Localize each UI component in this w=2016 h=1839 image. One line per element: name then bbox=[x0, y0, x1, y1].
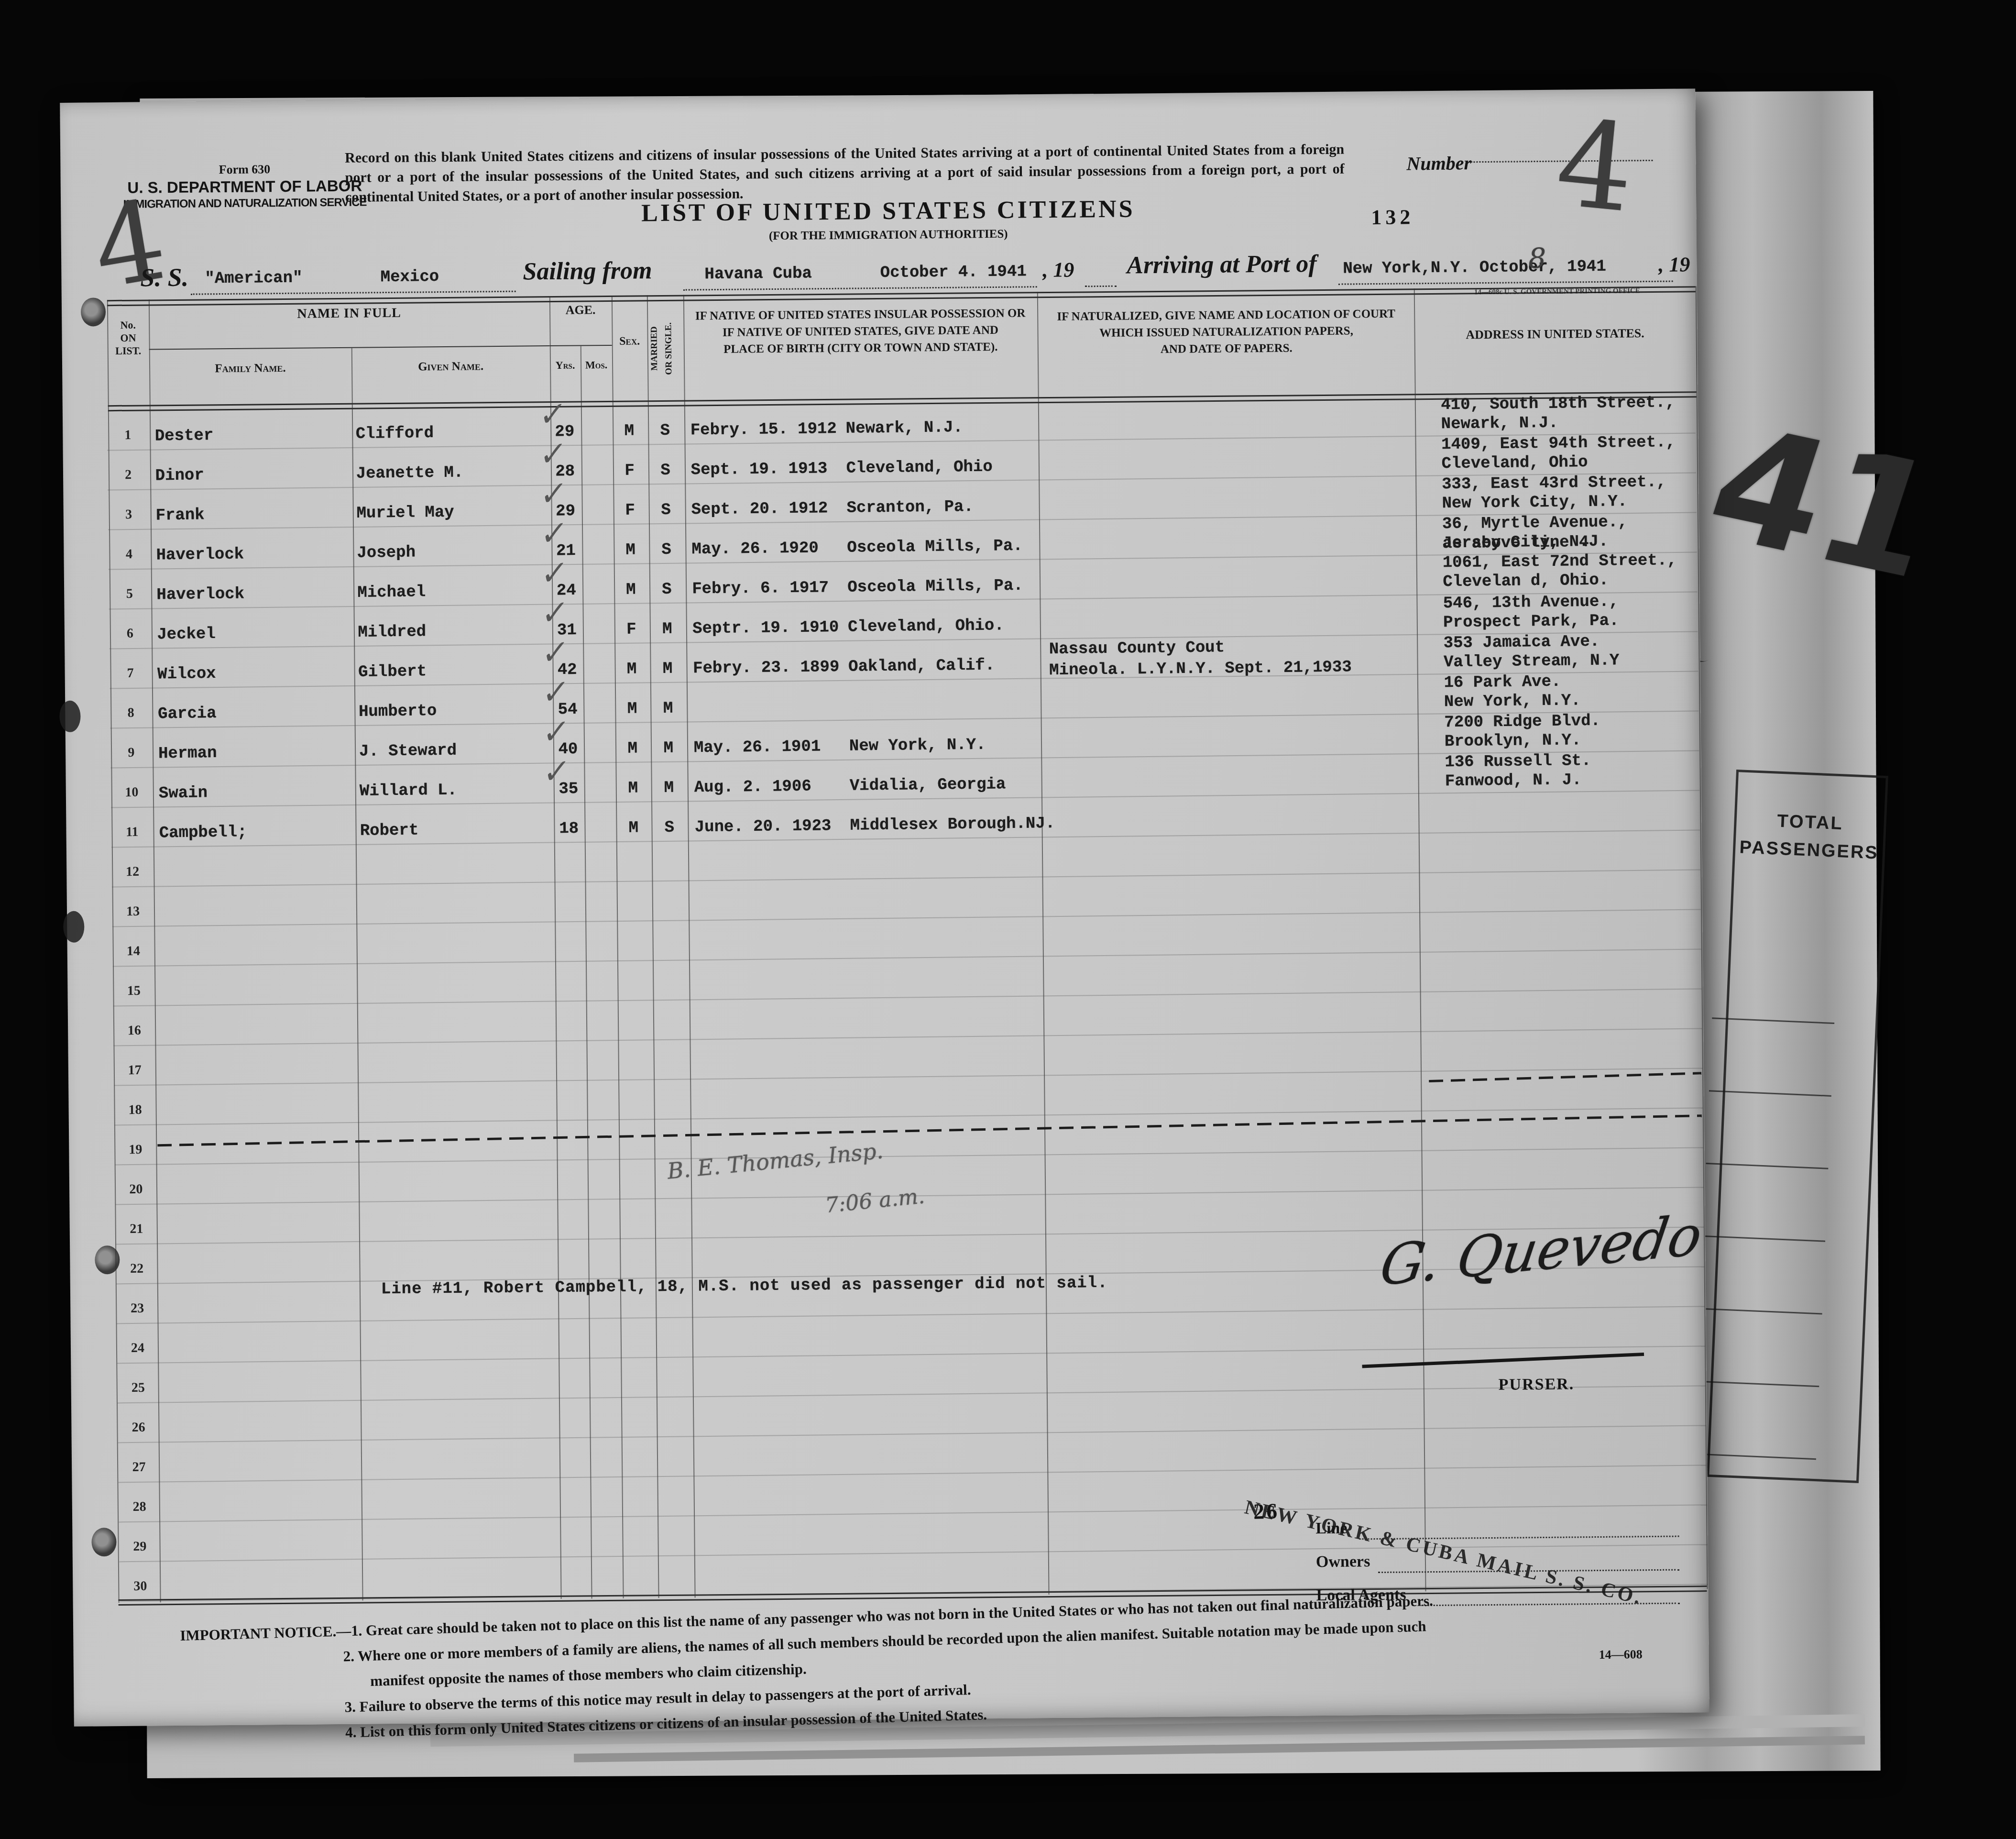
row-number: 17 bbox=[114, 1063, 155, 1079]
family-name-value: Swain bbox=[159, 784, 208, 803]
slip-line bbox=[1694, 1454, 1816, 1460]
given-name-value: Michael bbox=[357, 583, 426, 602]
row-number: 16 bbox=[113, 1023, 155, 1039]
address-value: 1409, East 94th Street., Cleveland, Ohio bbox=[1422, 432, 1717, 474]
pencil-checkmark: ✓ bbox=[542, 751, 571, 792]
ship-name-rule bbox=[191, 289, 516, 295]
family-name-value: Wilcox bbox=[157, 665, 216, 683]
purser-label: PURSER. bbox=[1499, 1375, 1575, 1394]
year-rule bbox=[1085, 284, 1117, 287]
col-header-naturalized: IF NATURALIZED, GIVE NAME AND LOCATION O… bbox=[1043, 305, 1410, 359]
row-number: 7 bbox=[110, 666, 151, 682]
pencil-checkmark: ✓ bbox=[539, 553, 569, 594]
sex-value: F bbox=[612, 462, 647, 480]
col-header-no: No. ON LIST. bbox=[107, 318, 149, 357]
sex-value: F bbox=[614, 620, 649, 639]
col-header-sex: Sex. bbox=[612, 335, 647, 348]
col-header-married-or-single: MARRIED OR SINGLE. bbox=[647, 298, 684, 399]
birth-date-value: Febry. 6. 1917 bbox=[692, 579, 829, 598]
sex-value: M bbox=[612, 422, 647, 440]
row-number: 4 bbox=[108, 547, 150, 562]
family-name-value: Dinor bbox=[155, 466, 204, 485]
row-number: 8 bbox=[110, 705, 152, 721]
row-number: 11 bbox=[111, 825, 153, 840]
address-value: 136 Russell St. Fanwood, N. J. bbox=[1425, 750, 1720, 792]
address-value: as above line 4 1061, East 72nd Street.,… bbox=[1423, 531, 1718, 592]
row-number: 9 bbox=[110, 745, 152, 761]
pencil-checkmark: ✓ bbox=[541, 672, 570, 713]
birth-date-value: Sept. 20. 1912 bbox=[691, 499, 828, 519]
slip-line bbox=[1700, 1308, 1822, 1315]
address-value: 546, 13th Avenue., Prospect Park, Pa. bbox=[1424, 591, 1719, 633]
birth-date-value: Septr. 19. 1910 bbox=[692, 618, 839, 638]
marital-status-value: S bbox=[651, 818, 688, 837]
row-number: 3 bbox=[108, 507, 149, 523]
margin-pencil-number: 4 bbox=[85, 176, 175, 313]
given-name-value: Jeanette M. bbox=[356, 463, 464, 483]
row-number: 21 bbox=[116, 1222, 157, 1237]
owners-label: Owners bbox=[1316, 1553, 1370, 1571]
family-name-value: Frank bbox=[155, 506, 204, 525]
print-code: 14—608 bbox=[1599, 1647, 1643, 1662]
birth-place-value: Cleveland, Ohio bbox=[846, 458, 992, 478]
birth-place-value: Vidalia, Georgia bbox=[850, 775, 1006, 795]
row-number: 28 bbox=[119, 1499, 160, 1515]
given-name-value: Humberto bbox=[359, 702, 437, 721]
birth-place-value: Middlesex Borough.NJ. bbox=[850, 815, 1055, 835]
manifest-page: Form 630 U. S. DEPARTMENT OF LABOR IMMIG… bbox=[60, 88, 1709, 1727]
slip-line bbox=[1709, 1090, 1831, 1097]
col-header-given-name: Given Name. bbox=[351, 359, 550, 374]
birth-date-value: May. 26. 1901 bbox=[694, 738, 821, 757]
page-title: LIST OF UNITED STATES CITIZENS bbox=[620, 195, 1156, 228]
birth-date-value: Febry. 15. 1912 bbox=[690, 420, 837, 440]
row-number: 29 bbox=[119, 1539, 161, 1554]
birth-place-value: Osceola Mills, Pa. bbox=[847, 577, 1023, 597]
row-number: 23 bbox=[116, 1300, 158, 1316]
sex-value: M bbox=[613, 541, 648, 560]
manifest-number-handwritten: 4 bbox=[1551, 93, 1640, 239]
given-name-value: J. Steward bbox=[359, 742, 457, 761]
marital-status-value: M bbox=[649, 620, 685, 639]
address-value: 353 Jamaica Ave. Valley Stream, N.Y bbox=[1424, 631, 1719, 672]
row-number: 24 bbox=[117, 1340, 158, 1356]
record-instructions: Record on this blank United States citiz… bbox=[345, 140, 1345, 207]
given-name-value: Clifford bbox=[356, 424, 434, 443]
family-name-value: Haverlock bbox=[156, 585, 244, 604]
marital-status-value: S bbox=[648, 580, 685, 599]
row-number: 26 bbox=[118, 1420, 159, 1435]
birth-place-value: New York, N.Y. bbox=[849, 736, 986, 756]
sex-value: M bbox=[613, 581, 648, 599]
sailing-rule bbox=[683, 285, 1037, 290]
arrival-port-value: New York,N.Y. October bbox=[1343, 258, 1548, 278]
birth-place-value: Scranton, Pa. bbox=[846, 498, 974, 518]
slip-line bbox=[1697, 1381, 1819, 1388]
family-name-value: Jeckel bbox=[157, 625, 216, 644]
marital-status-value: M bbox=[650, 699, 686, 718]
page-stamp: 132 bbox=[1371, 205, 1414, 230]
family-name-value: Dester bbox=[155, 427, 214, 445]
row-number: 5 bbox=[109, 586, 150, 602]
family-name-value: Campbell; bbox=[159, 823, 247, 842]
row-number: 27 bbox=[118, 1459, 160, 1475]
marital-status-value: M bbox=[649, 660, 686, 678]
service-name: IMMIGRATION AND NATURALIZATION SERVICE bbox=[123, 196, 367, 211]
row-number: 19 bbox=[115, 1142, 156, 1158]
col-header-name-in-full: NAME IN FULL bbox=[149, 304, 549, 323]
birth-place-value: Newark, N.J. bbox=[846, 418, 963, 438]
given-name-value: Joseph bbox=[357, 544, 416, 562]
row-number: 10 bbox=[111, 785, 153, 801]
sex-value: M bbox=[614, 700, 650, 718]
row-number: 12 bbox=[112, 864, 153, 880]
birth-place-value: Oakland, Calif. bbox=[848, 656, 995, 676]
age-years-value: 18 bbox=[554, 820, 584, 838]
row-number: 1 bbox=[107, 428, 149, 443]
col-header-mos: Mos. bbox=[581, 359, 612, 372]
pencil-checkmark: ✓ bbox=[539, 474, 569, 514]
marital-status-value: S bbox=[647, 501, 684, 519]
sex-value: M bbox=[614, 660, 649, 679]
pencil-checkmark: ✓ bbox=[540, 593, 570, 633]
col-header-yrs: Yrs. bbox=[550, 359, 581, 372]
total-passengers-slip: TOTAL PASSENGERS bbox=[1707, 770, 1888, 1483]
row-number: 18 bbox=[114, 1102, 156, 1118]
col-header-birth: IF NATIVE OF UNITED STATES INSULAR POSSE… bbox=[688, 305, 1033, 358]
given-name-value: Muriel May bbox=[356, 504, 454, 523]
gpo-print-code: 14—608c U. S. GOVERNMENT PRINTING OFFICE bbox=[1420, 286, 1695, 297]
sex-value: M bbox=[615, 739, 650, 758]
sex-value: F bbox=[612, 501, 647, 520]
row-number: 6 bbox=[109, 626, 151, 642]
row-number: 25 bbox=[117, 1380, 159, 1396]
total-passengers-label: TOTAL PASSENGERS bbox=[1735, 805, 1885, 867]
sailing-from-label: Sailing from bbox=[523, 256, 652, 286]
row-number: 22 bbox=[116, 1261, 158, 1277]
pencil-checkmark: ✓ bbox=[540, 632, 570, 673]
header-subrule bbox=[149, 345, 550, 350]
sex-value: M bbox=[616, 819, 651, 837]
birth-place-value: Osceola Mills, Pa. bbox=[847, 537, 1023, 557]
given-name-value: Gilbert bbox=[358, 662, 427, 682]
arriving-at-port-label: Arriving at Port of bbox=[1127, 250, 1317, 279]
family-name-value: Haverlock bbox=[156, 545, 244, 564]
form-number: Form 630 bbox=[142, 162, 347, 178]
year-19-label-2: , 19 bbox=[1658, 252, 1690, 277]
marital-status-value: S bbox=[647, 461, 683, 480]
arrival-rule bbox=[1338, 279, 1673, 285]
passenger-rows: 1DesterClifford29MSFebry. 15. 1912Newark… bbox=[61, 393, 1709, 1602]
slip-line bbox=[1706, 1163, 1829, 1169]
col-header-age: AGE. bbox=[549, 303, 612, 318]
col-header-family-name: Family Name. bbox=[149, 361, 351, 376]
page-subtitle: (FOR THE IMMIGRATION AUTHORITIES) bbox=[716, 227, 1061, 243]
scanned-manifest-photo: TOTAL PASSENGERS 41 Form 630 U. S. DEPAR… bbox=[0, 0, 2016, 1839]
given-name-value: Robert bbox=[360, 822, 419, 840]
row-number: 14 bbox=[112, 944, 154, 959]
line-label: Line bbox=[1315, 1520, 1347, 1538]
slip-line bbox=[1703, 1235, 1825, 1242]
address-value: 16 Park Ave. New York, N.Y. bbox=[1424, 671, 1719, 712]
birth-date-value: Aug. 2. 1906 bbox=[694, 778, 811, 797]
marital-status-value: S bbox=[647, 422, 683, 440]
birth-date-value: Febry. 23. 1899 bbox=[693, 658, 839, 678]
given-name-value: Willard L. bbox=[360, 782, 457, 801]
sailing-port-date-value: Havana Cuba October 4. 1941 bbox=[704, 263, 1027, 284]
row-number: 13 bbox=[112, 904, 153, 920]
pencil-checkmark: ✓ bbox=[538, 394, 568, 435]
family-name-value: Garcia bbox=[158, 705, 217, 723]
hole-punch bbox=[81, 297, 106, 326]
pencil-checkmark: ✓ bbox=[541, 712, 571, 752]
row-number: 15 bbox=[113, 983, 154, 999]
year-19-label: , 19 bbox=[1042, 257, 1074, 282]
slip-line bbox=[1712, 1017, 1834, 1024]
birth-date-value: May. 26. 1920 bbox=[691, 539, 819, 559]
col-header-address: ADDRESS IN UNITED STATES. bbox=[1414, 326, 1696, 342]
row-number: 20 bbox=[115, 1182, 157, 1198]
marital-status-value: M bbox=[650, 739, 687, 758]
arrival-day-handwritten: 8 bbox=[1528, 242, 1546, 275]
birth-date-value: June. 20. 1923 bbox=[695, 817, 832, 837]
department-name: U. S. DEPARTMENT OF LABOR bbox=[123, 176, 367, 197]
address-value: 410, South 18th Street., Newark, N.J. bbox=[1422, 393, 1716, 434]
number-label: Number bbox=[1406, 152, 1471, 175]
pencil-checkmark: ✓ bbox=[539, 513, 569, 554]
address-value: 7200 Ridge Blvd. Brooklyn, N.Y. bbox=[1425, 710, 1720, 752]
ship-name-value: "American" Mexico bbox=[205, 268, 439, 288]
arrival-year-value: , 1941 bbox=[1547, 258, 1606, 276]
row-number: 30 bbox=[120, 1578, 161, 1594]
birth-place-value: Cleveland, Ohio. bbox=[848, 617, 1004, 637]
row-number: 2 bbox=[108, 467, 149, 483]
sex-value: M bbox=[615, 779, 651, 798]
family-name-value: Herman bbox=[158, 744, 217, 763]
ss-label: S. S. bbox=[140, 263, 188, 293]
pencil-checkmark: ✓ bbox=[538, 434, 568, 474]
marital-status-value: M bbox=[651, 779, 687, 797]
address-value: 333, East 43rd Street., New York City, N… bbox=[1423, 472, 1717, 514]
given-name-value: Mildred bbox=[358, 623, 426, 642]
birth-date-value: Sept. 19. 1913 bbox=[690, 460, 827, 479]
marital-status-value: S bbox=[648, 540, 684, 559]
